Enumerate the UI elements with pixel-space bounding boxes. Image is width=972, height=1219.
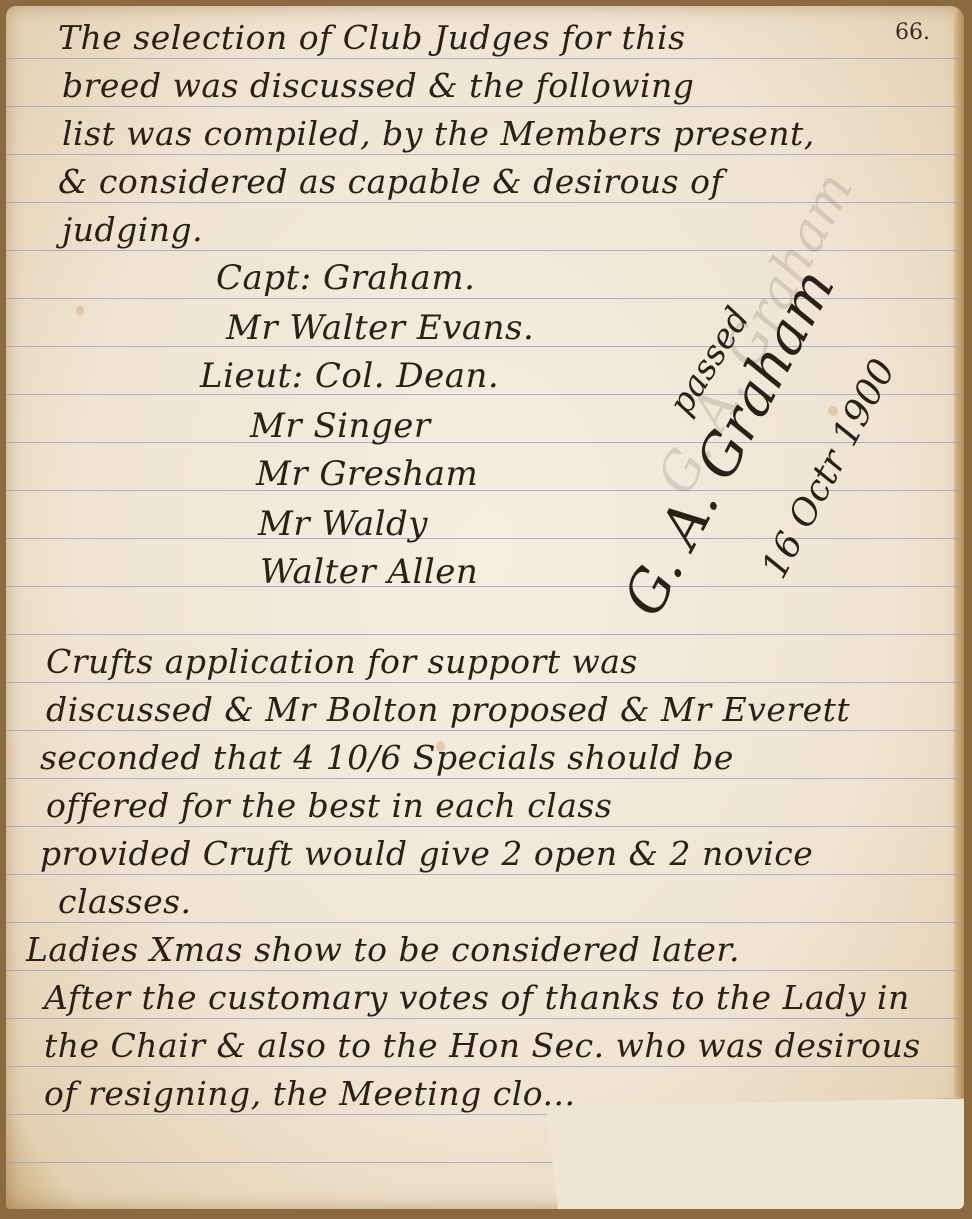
intro-line: The selection of Club Judges for this [58, 18, 686, 57]
ruled-line [6, 106, 964, 107]
ruled-line [6, 634, 964, 635]
ruled-line [6, 778, 964, 779]
page-number: 66. [895, 20, 930, 45]
ruled-line [6, 154, 964, 155]
judge-name: Mr Singer [250, 406, 431, 446]
closing-line: of resigning, the Meeting clo... [44, 1074, 576, 1113]
judge-name: Walter Allen [260, 552, 478, 592]
crufts-line: discussed & Mr Bolton proposed & Mr Ever… [46, 690, 850, 729]
ruled-line [6, 1018, 964, 1019]
ruled-line [6, 586, 964, 587]
judge-name: Capt: Graham. [216, 258, 475, 298]
ruled-line [6, 1066, 964, 1067]
notebook-page: 66. The selection of Club Judges for thi… [6, 6, 964, 1209]
judge-name: Lieut: Col. Dean. [200, 356, 499, 396]
crufts-line: offered for the best in each class [46, 786, 612, 825]
judge-name: Mr Gresham [256, 454, 478, 494]
pasted-paper-fragment [546, 1098, 964, 1209]
intro-line: judging. [62, 210, 203, 249]
closing-line: After the customary votes of thanks to t… [44, 978, 910, 1017]
crufts-line: Crufts application for support was [46, 642, 638, 681]
ruled-line [6, 730, 964, 731]
judge-name: Mr Walter Evans. [226, 308, 534, 348]
crufts-line: seconded that 4 10/6 Specials should be [40, 738, 734, 777]
paper-stain [76, 306, 84, 316]
ruled-line [6, 682, 964, 683]
intro-line: & considered as capable & desirous of [58, 162, 723, 201]
page-spine-edge [954, 6, 964, 1209]
intro-line: list was compiled, by the Members presen… [62, 114, 815, 153]
judge-name: Mr Waldy [258, 504, 428, 544]
ruled-line [6, 922, 964, 923]
ruled-line [6, 538, 964, 539]
closing-line: Ladies Xmas show to be considered later. [26, 930, 740, 969]
ruled-line [6, 970, 964, 971]
crufts-line: classes. [58, 882, 192, 921]
ruled-line [6, 874, 964, 875]
intro-line: breed was discussed & the following [62, 66, 694, 105]
ruled-line [6, 58, 964, 59]
crufts-line: provided Cruft would give 2 open & 2 nov… [40, 834, 813, 873]
closing-line: the Chair & also to the Hon Sec. who was… [44, 1026, 921, 1065]
ruled-line [6, 826, 964, 827]
